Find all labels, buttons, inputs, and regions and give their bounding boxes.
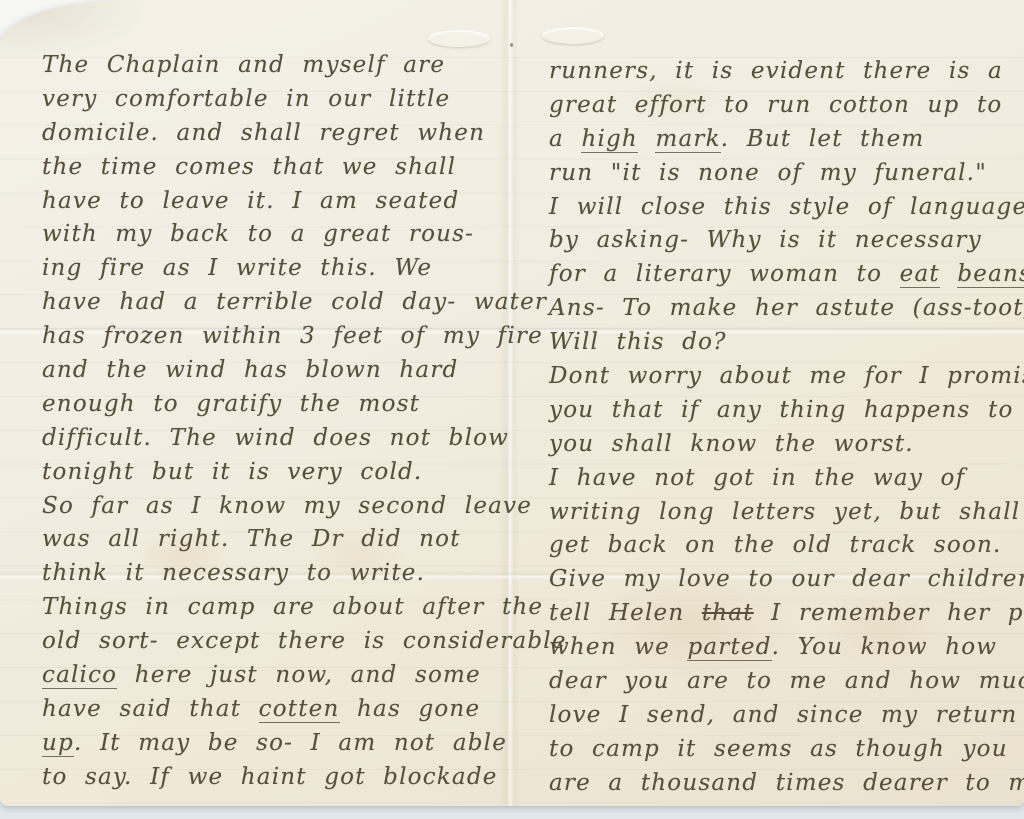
- letter-text: the time comes that we shall: [42, 154, 456, 180]
- letter-text: Things in camp are about after the: [42, 594, 543, 620]
- letter-line: have said that cotten has gone: [42, 693, 504, 727]
- letter-text: Will this do?: [549, 329, 727, 355]
- underlined-word: parted: [687, 634, 771, 661]
- letter-line: love I send, and since my return: [549, 699, 1024, 733]
- letter-line: I have not got in the way of: [549, 462, 1024, 496]
- letter-text: very comfortable in our little: [42, 86, 450, 112]
- embossed-stationery-stamp: [542, 27, 604, 44]
- letter-line: get back on the old track soon.: [549, 529, 1024, 563]
- letter-line: Ans- To make her astute (ass-toot).: [549, 292, 1024, 326]
- underlined-word: beans: [957, 261, 1024, 288]
- letter-line: think it necessary to write.: [42, 557, 504, 591]
- letter-text: So far as I know my second leave: [42, 493, 532, 519]
- letter-line: ing fire as I write this. We: [42, 252, 504, 286]
- letter-text: I will close this style of language: [549, 194, 1024, 220]
- letter-text: domicile. and shall regret when: [42, 120, 485, 146]
- letter-text: tell Helen: [549, 600, 702, 626]
- letter-text: run "it is none of my funeral.": [549, 160, 987, 186]
- letter-text: for a literary woman to: [549, 261, 900, 287]
- letter-text: ing fire as I write this. We: [42, 255, 432, 281]
- letter-line: and the wind has blown hard: [42, 354, 504, 388]
- letter-text: you shall know the worst.: [549, 431, 914, 457]
- letter-text: with my back to a great rous-: [42, 221, 474, 247]
- letter-line: for a literary woman to eat beans: [549, 258, 1024, 292]
- letter-line: old sort- except there is considerable: [42, 625, 504, 659]
- letter-text: to say. If we haint got blockade: [42, 764, 498, 790]
- underlined-word: high: [581, 126, 638, 153]
- letter-line: you that if any thing happens to me: [549, 394, 1024, 428]
- letter-line: domicile. and shall regret when: [42, 117, 504, 151]
- letter-text: have said that: [42, 696, 259, 722]
- letter-line: dear you are to me and how much: [549, 665, 1024, 699]
- underlined-word: up: [42, 730, 74, 757]
- ink-speck: [510, 43, 513, 47]
- letter-line: calico here just now, and some: [42, 659, 504, 693]
- underlined-word: cotten: [259, 696, 340, 723]
- letter-page-left: The Chaplain and myself arevery comforta…: [42, 49, 504, 795]
- letter-line: have had a terrible cold day- water: [42, 286, 504, 320]
- letter-page-right: runners, it is evident there is agreat e…: [549, 55, 1024, 801]
- letter-text: tonight but it is very cold.: [42, 459, 422, 485]
- letter-line: have to leave it. I am seated: [42, 185, 504, 219]
- letter-text: and the wind has blown hard: [42, 357, 458, 383]
- letter-line: Things in camp are about after the: [42, 591, 504, 625]
- letter-line: up. It may be so- I am not able: [42, 727, 504, 761]
- letter-line: when we parted. You know how: [549, 631, 1024, 665]
- letter-text: have had a terrible cold day- water: [42, 289, 547, 315]
- letter-text: [638, 126, 656, 152]
- letter-line: difficult. The wind does not blow: [42, 422, 504, 456]
- letter-text: The Chaplain and myself are: [42, 52, 445, 78]
- letter-text: here just now, and some: [117, 662, 481, 688]
- letter-text: get back on the old track soon.: [549, 532, 1002, 558]
- letter-line: run "it is none of my funeral.": [549, 157, 1024, 191]
- embossed-stationery-stamp: [428, 30, 490, 47]
- letter-line: by asking- Why is it necessary: [549, 224, 1024, 258]
- letter-text: great effort to run cotton up to: [549, 92, 1002, 118]
- letter-text: [940, 261, 958, 287]
- underlined-word: calico: [42, 662, 117, 689]
- letter-text: . You know how: [772, 634, 998, 660]
- letter-line: runners, it is evident there is a: [549, 55, 1024, 89]
- letter-line: tell Helen that I remember her promise: [549, 597, 1024, 631]
- letter-line: Dont worry about me for I promise: [549, 360, 1024, 394]
- scanned-letter-spread: The Chaplain and myself arevery comforta…: [0, 0, 1024, 819]
- letter-text: to camp it seems as though you: [549, 736, 1008, 762]
- letter-line: Will this do?: [549, 326, 1024, 360]
- letter-line: very comfortable in our little: [42, 83, 504, 117]
- underlined-word: mark: [655, 126, 720, 153]
- letter-line: to camp it seems as though you: [549, 733, 1024, 767]
- letter-text: enough to gratify the most: [42, 391, 420, 417]
- letter-line: the time comes that we shall: [42, 151, 504, 185]
- letter-line: I will close this style of language: [549, 191, 1024, 225]
- letter-text: has frozen within 3 feet of my fire: [42, 323, 543, 349]
- letter-line: enough to gratify the most: [42, 388, 504, 422]
- letter-text: a: [549, 126, 581, 152]
- letter-text: dear you are to me and how much: [549, 668, 1024, 694]
- letter-text: . But let them: [721, 126, 925, 152]
- struck-word: that: [702, 600, 754, 626]
- underlined-word: eat: [900, 261, 940, 288]
- letter-text: have to leave it. I am seated: [42, 188, 459, 214]
- letter-text: I remember her promise: [754, 600, 1024, 626]
- letter-line: to say. If we haint got blockade: [42, 761, 504, 795]
- letter-line: Give my love to our dear children &: [549, 563, 1024, 597]
- letter-line: a high mark. But let them: [549, 123, 1024, 157]
- letter-line: So far as I know my second leave: [42, 490, 504, 524]
- letter-text: I have not got in the way of: [549, 465, 965, 491]
- letter-text: has gone: [340, 696, 481, 722]
- letter-line: was all right. The Dr did not: [42, 523, 504, 557]
- letter-text: love I send, and since my return: [549, 702, 1017, 728]
- letter-text: . It may be so- I am not able: [74, 730, 507, 756]
- letter-line: tonight but it is very cold.: [42, 456, 504, 490]
- letter-line: has frozen within 3 feet of my fire: [42, 320, 504, 354]
- letter-line: with my back to a great rous-: [42, 218, 504, 252]
- letter-text: writing long letters yet, but shall: [549, 499, 1020, 525]
- letter-line: are a thousand times dearer to me: [549, 767, 1024, 801]
- letter-text: was all right. The Dr did not: [42, 526, 461, 552]
- letter-text: you that if any thing happens to me: [549, 397, 1024, 423]
- letter-text: old sort- except there is considerable: [42, 628, 567, 654]
- letter-text: Give my love to our dear children &: [549, 566, 1024, 592]
- letter-line: writing long letters yet, but shall: [549, 496, 1024, 530]
- letter-text: Ans- To make her astute (ass-toot).: [549, 295, 1024, 321]
- letter-paper: The Chaplain and myself arevery comforta…: [0, 0, 1024, 806]
- letter-text: when we: [549, 634, 687, 660]
- letter-text: by asking- Why is it necessary: [549, 227, 982, 253]
- letter-line: you shall know the worst.: [549, 428, 1024, 462]
- letter-text: Dont worry about me for I promise: [549, 363, 1024, 389]
- letter-text: difficult. The wind does not blow: [42, 425, 509, 451]
- letter-text: are a thousand times dearer to me: [549, 770, 1024, 796]
- letter-text: runners, it is evident there is a: [549, 58, 1003, 84]
- letter-text: think it necessary to write.: [42, 560, 425, 586]
- letter-line: great effort to run cotton up to: [549, 89, 1024, 123]
- letter-line: The Chaplain and myself are: [42, 49, 504, 83]
